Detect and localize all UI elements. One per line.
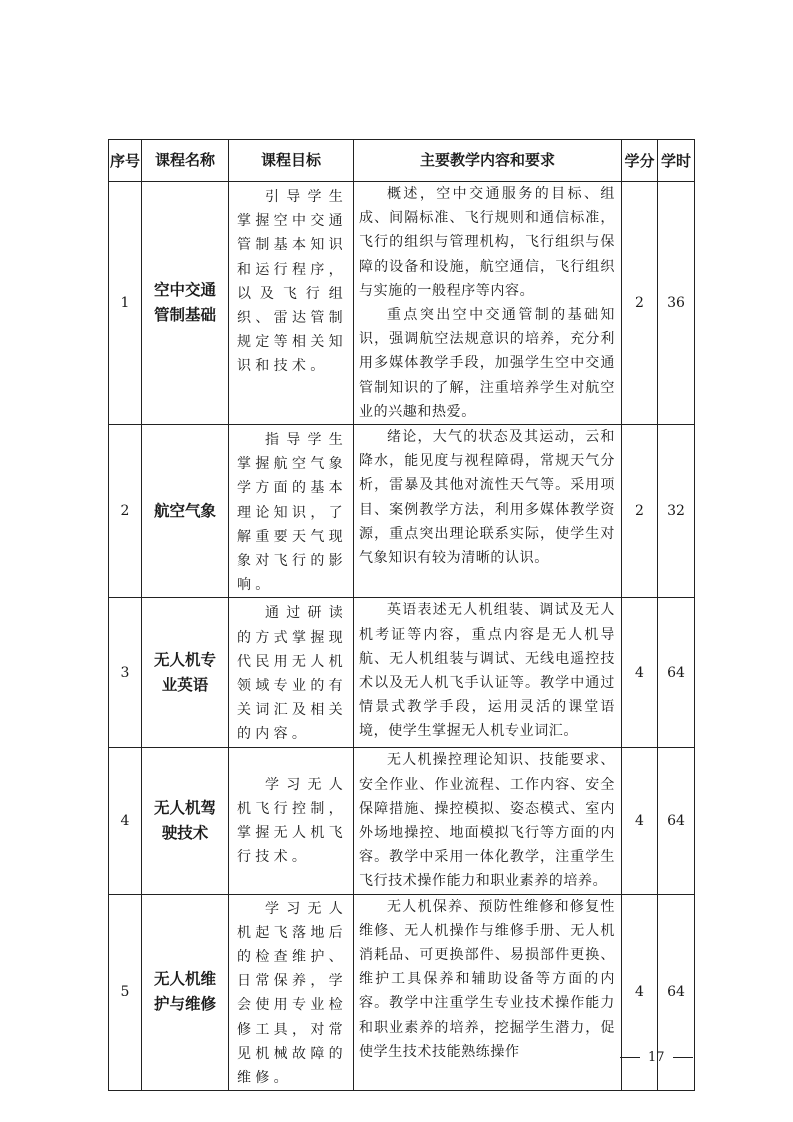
row-index: 4 — [109, 748, 142, 894]
header-hours: 学时 — [658, 140, 695, 182]
table-row: 1 空中交通管制基础 引导学生掌握空中交通管制基本知识和运行程序，以及飞行组织、… — [109, 182, 695, 425]
course-content: 无人机操控理论知识、技能要求、安全作业、作业流程、工作内容、安全保障措施、操控模… — [354, 748, 622, 894]
course-goal: 学习无人机飞行控制，掌握无人机飞行技术。 — [229, 748, 354, 894]
table-row: 2 航空气象 指导学生掌握航空气象学方面的基本理论知识，了解重要天气现象对飞行的… — [109, 425, 695, 598]
course-goal: 指导学生掌握航空气象学方面的基本理论知识，了解重要天气现象对飞行的影响。 — [229, 425, 354, 598]
course-goal: 学习无人机起飞落地后的检查维护、日常保养，学会使用专业检修工具，对常见机械故障的… — [229, 894, 354, 1091]
course-hours: 36 — [658, 182, 695, 425]
course-content-paragraph: 英语表述无人机组装、调试及无人机考证等内容，重点内容是无人机导航、无人机组装与调… — [359, 598, 615, 743]
course-content-paragraph: 无人机操控理论知识、技能要求、安全作业、作业流程、工作内容、安全保障措施、操控模… — [359, 748, 615, 893]
course-content: 英语表述无人机组装、调试及无人机考证等内容，重点内容是无人机导航、无人机组装与调… — [354, 598, 622, 748]
dash-left-icon — [620, 1057, 640, 1058]
course-content-paragraph: 概述，空中交通服务的目标、组成、间隔标准、飞行规则和通信标准，飞行的组织与管理机… — [359, 182, 615, 303]
course-content: 绪论，大气的状态及其运动，云和降水，能见度与视程障碍，常规天气分析，雷暴及其他对… — [354, 425, 622, 598]
course-hours: 64 — [658, 748, 695, 894]
row-index: 3 — [109, 598, 142, 748]
course-hours: 32 — [658, 425, 695, 598]
course-name: 无人机驾驶技术 — [142, 748, 229, 894]
dash-right-icon — [673, 1057, 693, 1058]
course-goal-text: 指导学生掌握航空气象学方面的基本理论知识，了解重要天气现象对飞行的影响。 — [237, 428, 347, 597]
course-table: 序号 课程名称 课程目标 主要教学内容和要求 学分 学时 1 空中交通管制基础 … — [108, 139, 695, 1091]
course-content-paragraph: 无人机保养、预防性维修和修复性维修、无人机操作与维修手册、无人机消耗品、可更换部… — [359, 895, 615, 1064]
course-name: 空中交通管制基础 — [142, 182, 229, 425]
row-index: 1 — [109, 182, 142, 425]
course-credit: 4 — [622, 748, 658, 894]
table-row: 4 无人机驾驶技术 学习无人机飞行控制，掌握无人机飞行技术。 无人机操控理论知识… — [109, 748, 695, 894]
table-row: 5 无人机维护与维修 学习无人机起飞落地后的检查维护、日常保养，学会使用专业检修… — [109, 894, 695, 1091]
page-number: 17 — [648, 1050, 665, 1065]
header-course-name: 课程名称 — [142, 140, 229, 182]
course-goal-text: 学习无人机飞行控制，掌握无人机飞行技术。 — [237, 773, 347, 870]
table-header-row: 序号 课程名称 课程目标 主要教学内容和要求 学分 学时 — [109, 140, 695, 182]
course-name: 无人机专业英语 — [142, 598, 229, 748]
header-index: 序号 — [109, 140, 142, 182]
row-index: 2 — [109, 425, 142, 598]
course-credit: 2 — [622, 425, 658, 598]
course-goal: 引导学生掌握空中交通管制基本知识和运行程序，以及飞行组织、雷达管制规定等相关知识… — [229, 182, 354, 425]
course-hours: 64 — [658, 598, 695, 748]
header-credit: 学分 — [622, 140, 658, 182]
table-row: 3 无人机专业英语 通过研读的方式掌握现代民用无人机领域专业的有关词汇及相关的内… — [109, 598, 695, 748]
header-course-goal: 课程目标 — [229, 140, 354, 182]
course-content-paragraph: 重点突出空中交通管制的基础知识，强调航空法规意识的培养，充分利用多媒体教学手段，… — [359, 303, 615, 424]
course-credit: 4 — [622, 598, 658, 748]
course-name: 航空气象 — [142, 425, 229, 598]
course-content-paragraph: 绪论，大气的状态及其运动，云和降水，能见度与视程障碍，常规天气分析，雷暴及其他对… — [359, 425, 615, 570]
course-content: 概述，空中交通服务的目标、组成、间隔标准、飞行规则和通信标准，飞行的组织与管理机… — [354, 182, 622, 425]
course-credit: 2 — [622, 182, 658, 425]
course-content: 无人机保养、预防性维修和修复性维修、无人机操作与维修手册、无人机消耗品、可更换部… — [354, 894, 622, 1091]
course-goal-text: 学习无人机起飞落地后的检查维护、日常保养，学会使用专业检修工具，对常见机械故障的… — [237, 897, 347, 1091]
row-index: 5 — [109, 894, 142, 1091]
course-goal: 通过研读的方式掌握现代民用无人机领域专业的有关词汇及相关的内容。 — [229, 598, 354, 748]
header-course-content: 主要教学内容和要求 — [354, 140, 622, 182]
course-goal-text: 通过研读的方式掌握现代民用无人机领域专业的有关词汇及相关的内容。 — [237, 601, 347, 746]
course-name: 无人机维护与维修 — [142, 894, 229, 1091]
course-goal-text: 引导学生掌握空中交通管制基本知识和运行程序，以及飞行组织、雷达管制规定等相关知识… — [237, 185, 347, 379]
